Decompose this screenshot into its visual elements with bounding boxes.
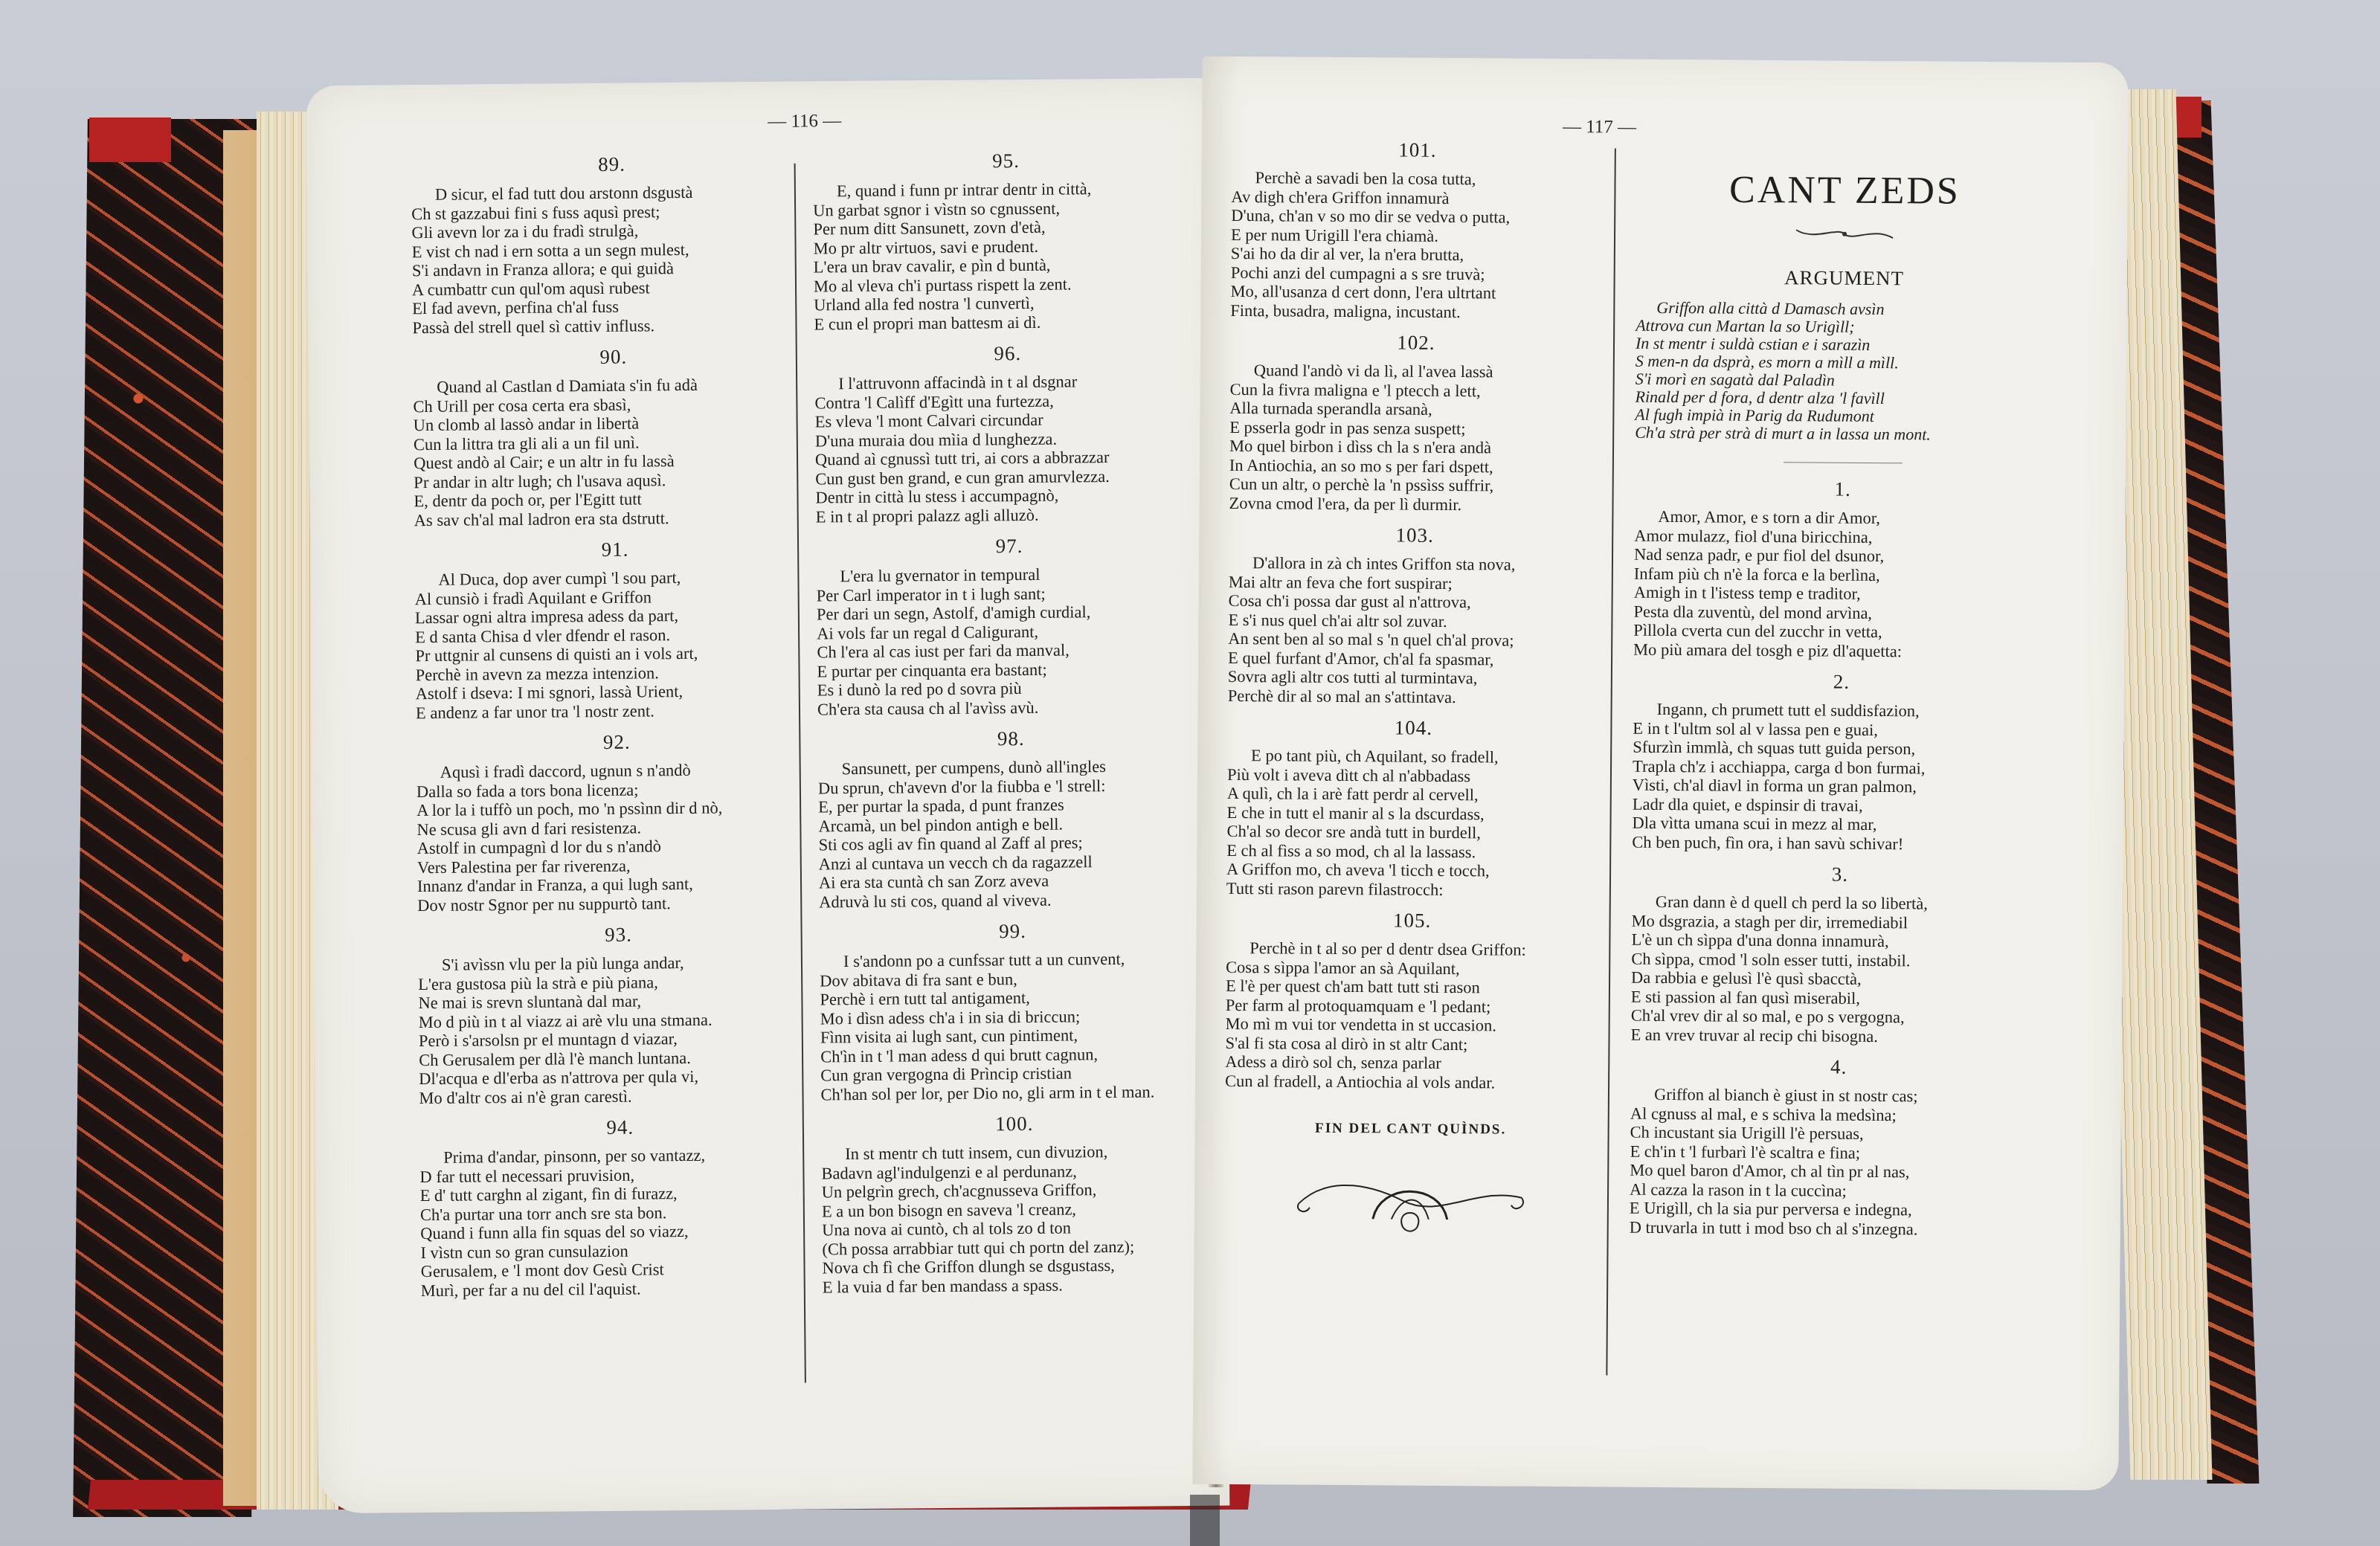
- stanza: 99.I s'andonn po a cunfssar tutt a un cu…: [819, 918, 1207, 1104]
- stanza-number: 2.: [1633, 669, 2050, 695]
- verse-line: E la vuia d far ben mandass a spass.: [823, 1274, 1209, 1296]
- stanza: 91.Al Duca, dop aver cumpì 'l sou part,A…: [414, 536, 817, 722]
- verse-line: Sovra agli altr cos tutti al turmintava,: [1228, 667, 1600, 689]
- stanza: 104.E po tant più, ch Aquilant, so frade…: [1226, 715, 1600, 900]
- right-page-column-2: CANT ZEDS ARGUMENT Griffon alla città d …: [1630, 160, 2053, 1240]
- stanza-text: Quand al Castlan d Damiata s'in fu adàCh…: [413, 374, 816, 529]
- stanza-text: S'i avìssn vlu per la più lunga andar,L'…: [418, 952, 821, 1107]
- verse-line: Passà del strell quel sì cattiv influss.: [412, 315, 814, 337]
- left-page-column-2: 95.E, quand i funn pr intrar dentr in ci…: [812, 138, 1209, 1296]
- verse-line: Nad senza padr, e pur fiol del dsunor,: [1634, 545, 2051, 567]
- stanza-text: Perchè a savadi ben la cosa tutta,Av dig…: [1230, 168, 1603, 322]
- argument-text: Griffon alla città d Damasch avsìnAttrov…: [1635, 299, 2052, 445]
- stanza-number: 102.: [1230, 330, 1602, 355]
- verse-line: Cosa ch'i possa dar gust al n'attrova,: [1229, 591, 1601, 613]
- book-cover-corner-left: [89, 117, 171, 162]
- stanza-number: 97.: [816, 533, 1203, 560]
- verse-line: Da rabbia e gelusì l'è qusì sbacctà,: [1631, 968, 2048, 990]
- stanza-number: 95.: [812, 148, 1199, 175]
- stanza-number: 3.: [1632, 862, 2048, 888]
- verse-line: Griffon al bianch è giust in st nostr ca…: [1630, 1085, 2047, 1107]
- stanza-text: I s'andonn po a cunfssar tutt a un cunve…: [820, 949, 1208, 1104]
- verse-line: Ch sìppa, cmod 'l soln esser tutti, inst…: [1631, 949, 2048, 970]
- end-of-canto-label: FIN DEL CANT QUÌNDS.: [1225, 1120, 1597, 1138]
- verse-line: E Urigìll, ch la sia pur perversa e inde…: [1630, 1199, 2046, 1220]
- verse-line: Perchè in t al so per d dentr dsea Griff…: [1226, 938, 1598, 960]
- verse-line: Dla vìtta umana scui in mezz al mar,: [1632, 814, 2048, 835]
- verse-line: D truvarla in tutt i mod bso ch al s'inz…: [1630, 1217, 2046, 1239]
- verse-line: Alla turnada sperandla arsanà,: [1229, 399, 1601, 420]
- verse-line: E s'i nus quel ch'ai altr sol zuvar.: [1228, 610, 1600, 631]
- verse-line: Adruvà lu sti cos, quand al viveva.: [819, 889, 1206, 911]
- right-page-column-1: 101.Perchè a savadi ben la cosa tutta,Av…: [1224, 127, 1604, 1239]
- verse-line: Mo quel birbon i dìss ch la s n'era andà: [1229, 437, 1601, 458]
- verse-line: Dov nostr Sgnor per nu suppurtò tant.: [417, 892, 819, 915]
- stanza: 3.Gran dann è d quell ch perd la so libe…: [1630, 862, 2048, 1047]
- verse-line: Trapla ch'z i acchiappa, carga d bon fur…: [1633, 756, 2049, 778]
- verse-line: Pesta dla zuventù, del mond arvìna,: [1633, 602, 2050, 623]
- stanza-text: Aqusì i fradì daccord, ugnun s n'andòDal…: [416, 759, 820, 915]
- verse-line: Amor, Amor, e s torn a dir Amor,: [1634, 507, 2051, 529]
- left-page-column-1: 89.D sicur, el fad tutt dou arstonn dsgu…: [411, 141, 823, 1300]
- stanza: 97.L'era lu gvernator in tempuralPer Car…: [816, 533, 1204, 719]
- stanza-number: 104.: [1227, 715, 1599, 741]
- ornament-flourish-icon: [1224, 1166, 1597, 1239]
- verse-line: E po tant più, ch Aquilant, so fradell,: [1227, 746, 1599, 767]
- stanza-text: Ingann, ch prumett tutt el suddisfazion,…: [1632, 700, 2049, 854]
- verse-line: Ladr dla quiet, e dspinsir di travai,: [1633, 794, 2049, 816]
- stanza-number: 100.: [821, 1111, 1208, 1138]
- stanza-number: 98.: [817, 726, 1204, 753]
- verse-line: Tutt sti rason parevn filastrocch:: [1226, 878, 1598, 900]
- verse-line: In Antiochia, an so mo s per fari dspett…: [1229, 455, 1601, 477]
- column-rule: [1606, 149, 1616, 1376]
- stanza-number: 93.: [418, 921, 820, 948]
- verse-line: Per farm al protoquamquam e 'l pedant;: [1226, 995, 1598, 1017]
- verse-line: A Griffon mo, ch aveva 'l ticch e tocch,: [1226, 860, 1598, 881]
- verse-line: Mo dsgrazia, a stagh per dir, irremediab…: [1632, 911, 2048, 933]
- verse-line: Murì, per far a nu del cil l'aquist.: [421, 1278, 823, 1300]
- verse-line: Mo più amara del tosgh e piz dl'aquetta:: [1633, 640, 2050, 661]
- verse-line: E andenz a far unor tra 'l nostr zent.: [416, 700, 817, 722]
- stanza: 1.Amor, Amor, e s torn a dir Amor,Amor m…: [1633, 477, 2051, 662]
- stanza: 4.Griffon al bianch è giust in st nostr …: [1630, 1054, 2048, 1240]
- verse-line: Ch ben puch, fìn ora, i han savù schivar…: [1632, 832, 2048, 854]
- verse-line: D'una, ch'an v so mo dir se vedva o putt…: [1231, 206, 1603, 228]
- stanza-number: 89.: [411, 151, 812, 178]
- verse-line: Vìsti, ch'al diavl in forma un gran palm…: [1633, 776, 2049, 797]
- stanza: 2.Ingann, ch prumett tutt el suddisfazio…: [1632, 669, 2050, 854]
- stanza: 94.Prima d'andar, pinsonn, per so vantaz…: [419, 1114, 823, 1300]
- stanza-number: 103.: [1229, 523, 1601, 548]
- verse-line: Mo mì m vui tor vendetta in st uccasion.: [1226, 1014, 1598, 1036]
- stanza-text: Sansunett, per cumpens, dunò all'inglesD…: [818, 756, 1206, 912]
- stanza-text: L'era lu gvernator in tempuralPer Carl i…: [816, 564, 1204, 719]
- verse-line: Mo, all'usanza d cert donn, l'era ultrta…: [1230, 282, 1602, 303]
- stanza: 93.S'i avìssn vlu per la più lunga andar…: [418, 921, 821, 1107]
- stanza-number: 4.: [1630, 1054, 2047, 1080]
- canto-title: CANT ZEDS: [1636, 167, 2053, 214]
- stanza-text: Perchè in t al so per d dentr dsea Griff…: [1225, 938, 1598, 1092]
- verse-line: Pìllola cverta cun del zucchr in vetta,: [1633, 621, 2050, 642]
- stanza-text: Griffon al bianch è giust in st nostr ca…: [1630, 1085, 2047, 1240]
- verse-line: Cun la fivra maligna e 'l ptecch a lett,: [1230, 379, 1602, 401]
- stanza: 103.D'allora in zà ch intes Griffon sta …: [1228, 523, 1601, 707]
- stanza-text: I l'attruvonn affacindà in t al dsgnarCo…: [814, 371, 1203, 526]
- verse-line: Amor mulazz, fiol d'una biricchina,: [1634, 526, 2051, 547]
- verse-line: Cosa s sìppa l'amor an sà Aquilant,: [1226, 957, 1598, 979]
- stanza: 101.Perchè a savadi ben la cosa tutta,Av…: [1230, 138, 1604, 322]
- verse-line: Ch'al vrev dir al so mal, e po s vergogn…: [1631, 1006, 2048, 1028]
- stanza-number: 105.: [1226, 908, 1598, 933]
- verse-line: E sti passion al fan qusì miserabil,: [1631, 987, 2048, 1008]
- verse-line: Zovna cmod l'era, da per lì durmir.: [1229, 493, 1601, 515]
- stanza-number: 1.: [1635, 477, 2051, 503]
- stanza: 89.D sicur, el fad tutt dou arstonn dsgu…: [411, 151, 814, 337]
- verse-line: A qulì, ch la i arè fatt perdr al cervel…: [1227, 784, 1599, 805]
- page-number: — 116 —: [768, 111, 841, 132]
- stanza: 96.I l'attruvonn affacindà in t al dsgna…: [814, 341, 1203, 526]
- stanza: 105.Perchè in t al so per d dentr dsea G…: [1225, 908, 1598, 1092]
- verse-line: Ch'han sol per lor, per Dio no, gli arm …: [820, 1081, 1207, 1104]
- stanza-text: Amor, Amor, e s torn a dir Amor,Amor mul…: [1633, 507, 2051, 662]
- verse-line: E per num Urigill l'era chiamà.: [1231, 225, 1603, 246]
- verse-line: Quand l'andò vi da lì, al l'avea lassà: [1230, 361, 1602, 382]
- verse-line: Pochi anzi del cumpagni a s sre truvà;: [1231, 263, 1603, 284]
- stanza-text: Prima d'andar, pinsonn, per so vantazz,D…: [419, 1144, 823, 1300]
- stanza-text: E, quand i funn pr intrar dentr in città…: [813, 178, 1201, 334]
- verse-line: Ingann, ch prumett tutt el suddisfazion,: [1633, 700, 2050, 721]
- verse-line: Adess a dirò sol ch, senza parlar: [1225, 1052, 1597, 1074]
- verse-line: As sav ch'al mal ladron era sta dstrutt.: [414, 507, 816, 529]
- verse-line: D'allora in zà ch intes Griffon sta nova…: [1229, 553, 1601, 575]
- stanza-text: Gran dann è d quell ch perd la so libert…: [1630, 892, 2048, 1047]
- stanza: 95.E, quand i funn pr intrar dentr in ci…: [812, 148, 1200, 334]
- verse-line: E in t al propri palazz agli alluzò.: [816, 503, 1203, 526]
- verse-line: E quel furfant d'Amor, ch'al fa spasmar,: [1228, 648, 1600, 669]
- stanza-text: E po tant più, ch Aquilant, so fradell,P…: [1226, 746, 1599, 900]
- verse-line: Più volt i aveva dìtt ch al n'abbadass: [1227, 764, 1599, 786]
- verse-line: Finta, busadra, maligna, incustant.: [1230, 300, 1602, 322]
- stanza: 98.Sansunett, per cumpens, dunò all'ingl…: [817, 726, 1206, 912]
- stanza: 92.Aqusì i fradì daccord, ugnun s n'andò…: [416, 729, 819, 915]
- verse-line: Perchè dir al so mal an s'attintava.: [1228, 686, 1600, 707]
- verse-line: Al cazza la rason in t la cuccìna;: [1630, 1179, 2046, 1201]
- verse-line: Infam più ch n'è la forca e la berlìna,: [1634, 564, 2051, 585]
- verse-line: Av digh ch'era Griffon innamurà: [1231, 187, 1603, 208]
- stanza: 100.In st mentr ch tutt insem, cun divuz…: [821, 1111, 1209, 1297]
- verse-line: Cun un altr, o perchè la 'n pssìss suffr…: [1229, 474, 1601, 496]
- verse-line: E che in tutt el manir al s la dscurdass…: [1227, 802, 1599, 824]
- verse-line: E ch al fìss a so mod, ch al la lassass.: [1226, 840, 1598, 862]
- verse-line: Ch incustant sia Urigill l'è persuas,: [1630, 1123, 2047, 1144]
- verse-line: Mai altr an feva che fort suspirar;: [1229, 572, 1601, 593]
- verse-line: E ch'in t 'l furbarì l'è scaltra e fina;: [1630, 1141, 2046, 1163]
- verse-line: E psserla godr in pas senza suspett;: [1229, 417, 1601, 439]
- stanza-number: 96.: [814, 341, 1201, 367]
- verse-line: E an vrev truvar al recip chi bisogna.: [1630, 1025, 2047, 1046]
- ornament-divider-icon: [1636, 222, 2053, 251]
- verse-line: Ch'era sta causa ch al l'avìss avù.: [817, 696, 1204, 718]
- verse-line: Al cgnuss al mal, e s schiva la medsìna;: [1630, 1104, 2047, 1125]
- page-116: — 116 — 89.D sicur, el fad tutt dou arst…: [306, 78, 1230, 1514]
- verse-line: Ch'al so decor sre andà tutt in burdell,: [1226, 822, 1598, 843]
- verse-line: Cun al fradell, a Antiochia al vols anda…: [1225, 1071, 1597, 1092]
- stanza-text: Quand l'andò vi da lì, al l'avea lassàCu…: [1229, 361, 1601, 515]
- argument-line: Ch'a strà per strà di murt a in lassa un…: [1635, 424, 2051, 445]
- stanza-number: 92.: [416, 729, 817, 756]
- verse-line: Amigh in t l'istess temp e traditor,: [1634, 583, 2051, 605]
- verse-line: E cun el propri man battesm ai dì.: [814, 311, 1200, 333]
- bookmark-ribbon: [1190, 1495, 1220, 1546]
- verse-line: E in t l'ultm sol al v lassa pen e guai,: [1633, 718, 2049, 740]
- verse-line: S'al fi sta cosa al dirò in st altr Cant…: [1225, 1033, 1597, 1054]
- stanza-text: D'allora in zà ch intes Griffon sta nova…: [1228, 553, 1601, 707]
- verse-line: S'ai ho da dir al ver, la n'era brutta,: [1231, 244, 1603, 265]
- stanza: 90.Quand al Castlan d Damiata s'in fu ad…: [413, 344, 816, 529]
- verse-line: Mo d'altr cos ai n'è gran carestì.: [419, 1085, 820, 1107]
- stanza-text: In st mentr ch tutt insem, cun divuzion,…: [821, 1141, 1209, 1297]
- verse-line: Gran dann è d quell ch perd la so libert…: [1632, 892, 2048, 914]
- stanza-text: Al Duca, dop aver cumpì 'l sou part,Al c…: [414, 567, 817, 722]
- verse-line: E l'è per quest ch'am batt tutt sti raso…: [1226, 976, 1598, 998]
- divider-rule: [1784, 462, 1903, 463]
- page-117: — 117 — 101.Perchè a savadi ben la cosa …: [1192, 57, 2128, 1491]
- verse-line: An sent ben al so mal s 'n quel ch'al pr…: [1228, 629, 1600, 651]
- verse-line: L'è un ch sìppa d'una donna innamurà,: [1631, 930, 2048, 952]
- argument-heading: ARGUMENT: [1636, 265, 2053, 292]
- stanza: 102.Quand l'andò vi da lì, al l'avea las…: [1229, 330, 1602, 515]
- stanza-number: 91.: [414, 536, 816, 563]
- verse-line: Perchè a savadi ben la cosa tutta,: [1231, 168, 1603, 190]
- verse-line: Mo quel baron d'Amor, ch al tìn pr al na…: [1630, 1161, 2046, 1182]
- stanza-text: D sicur, el fad tutt dou arstonn dsgustà…: [411, 181, 814, 337]
- stanza-number: 90.: [413, 344, 814, 370]
- stanza-number: 101.: [1232, 138, 1604, 163]
- stanza-number: 99.: [819, 918, 1206, 945]
- stanza-number: 94.: [419, 1114, 821, 1141]
- verse-line: Sfurzìn immlà, ch squas tutt guida perso…: [1633, 738, 2049, 759]
